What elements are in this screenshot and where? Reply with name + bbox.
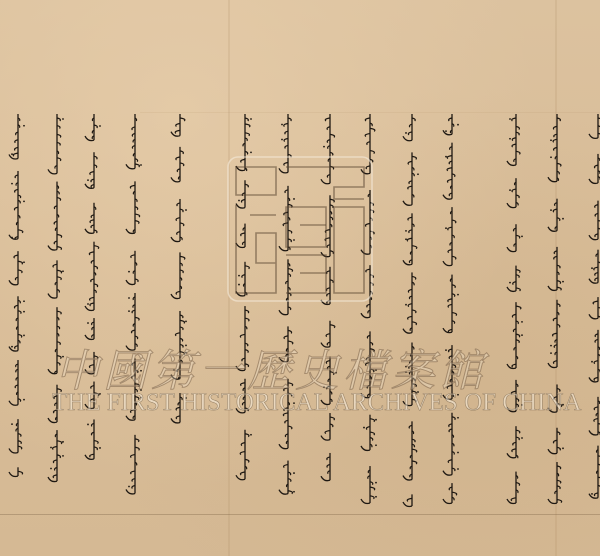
watermark-english: THE FIRST HISTORICAL ARCHIVES OF CHINA [52, 389, 552, 417]
manchu-text-column [83, 112, 105, 480]
manchu-text-column [505, 112, 527, 505]
manchu-text-column [46, 112, 68, 485]
document-page: 中國第一歷史檔案館 THE FIRST HISTORICAL ARCHIVES … [0, 0, 600, 556]
manchu-text-column [401, 112, 423, 508]
manchu-text-column [7, 112, 29, 478]
manchu-text-column [441, 112, 463, 505]
watermark-chinese: 中國第一歷史檔案館 [55, 335, 535, 395]
manchu-text-column [124, 112, 146, 500]
manchu-text-column [546, 112, 568, 505]
ruled-bottom-line [0, 514, 600, 515]
manchu-text-column [587, 112, 600, 505]
archive-seal-watermark [226, 155, 374, 303]
